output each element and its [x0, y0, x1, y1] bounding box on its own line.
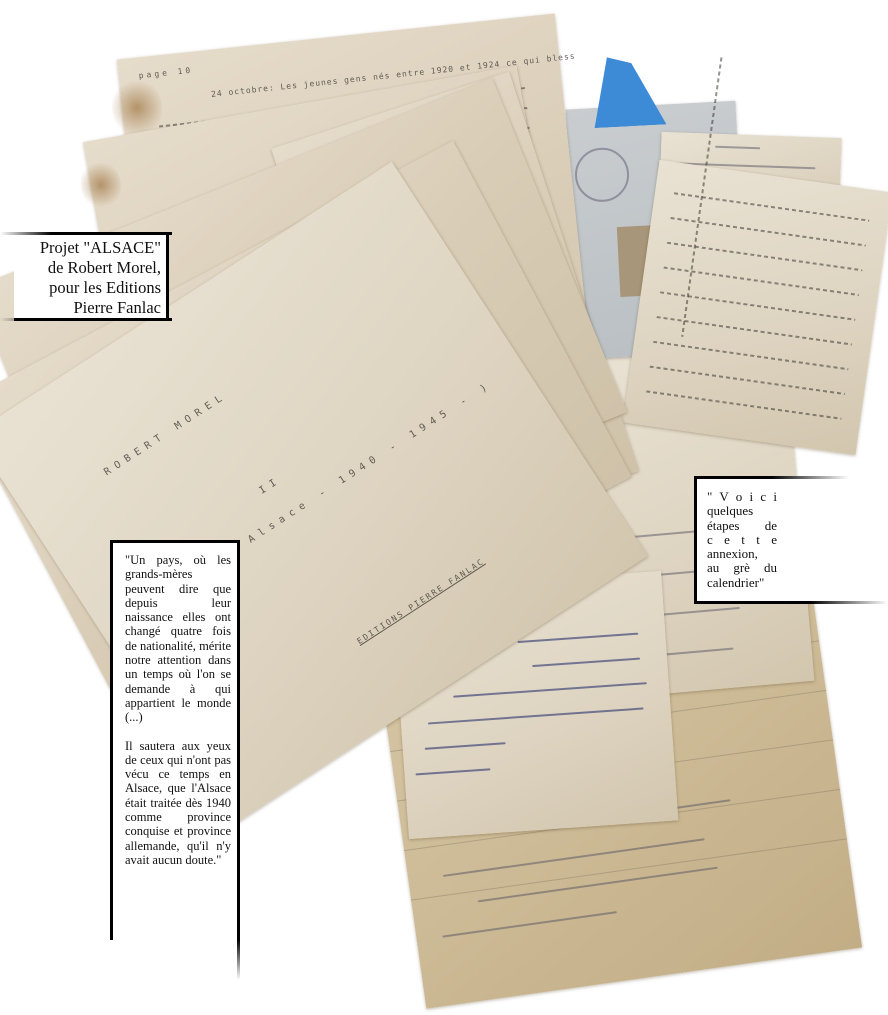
caption-line: c e t t e: [707, 533, 777, 547]
title-page-volume: II: [257, 474, 283, 496]
page-number: page 10: [138, 66, 193, 81]
title-page-author: ROBERT MOREL: [102, 390, 229, 478]
postmark-stamp: [574, 146, 631, 203]
caption-line: annexion,: [707, 547, 777, 561]
caption-line: de Robert Morel,: [14, 258, 161, 278]
annexion-steps-caption: " V o i c i quelques étapes de c e t t e…: [694, 476, 888, 604]
quote-paragraph-1: "Un pays, où les grands-mères peuvent di…: [125, 553, 231, 725]
caption-line: au grè du: [707, 561, 777, 575]
caption-line: " V o i c i: [707, 490, 777, 504]
caption-line: Projet "ALSACE": [14, 238, 161, 258]
caption-line: étapes de: [707, 519, 777, 533]
quote-paragraph-2: Il sautera aux yeux de ceux qui n'ont pa…: [125, 739, 231, 868]
project-title-caption: Projet "ALSACE" de Robert Morel, pour le…: [14, 232, 169, 321]
title-page-publisher: EDITIONS PIERRE FANLAC: [355, 557, 486, 646]
caption-line: quelques: [707, 504, 777, 518]
quote-caption: "Un pays, où les grands-mères peuvent di…: [110, 540, 240, 940]
caption-line: Pierre Fanlac: [14, 298, 161, 318]
caption-line: pour les Editions: [14, 278, 161, 298]
caption-line: calendrier": [707, 576, 777, 590]
title-page-subtitle: ( Alsace - 1940 - 1945 - ): [226, 379, 494, 558]
typed-letter: [623, 160, 888, 455]
envelope-blue-lining: [583, 54, 667, 128]
